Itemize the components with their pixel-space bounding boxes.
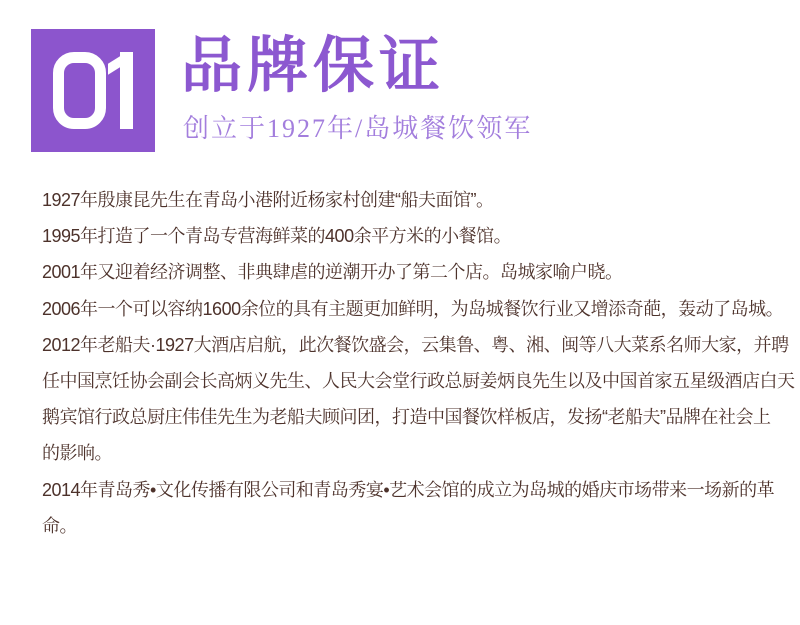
paragraph-1995: 1995年打造了一个青岛专营海鲜菜的400余平方米的小餐馆。 xyxy=(42,218,768,254)
text-line: 的影响。 xyxy=(42,435,768,471)
text-line: 1927年殷康昆先生在青岛小港附近杨家村创建“船夫面馆”。 xyxy=(42,182,768,218)
page-title: 品牌保证 xyxy=(181,30,445,100)
digit-zero-shape xyxy=(53,52,106,129)
history-text: 1927年殷康昆先生在青岛小港附近杨家村创建“船夫面馆”。 1995年打造了一个… xyxy=(42,182,768,544)
text-line: 鹅宾馆行政总厨庄伟佳先生为老船夫顾问团，打造中国餐饮样板店，发扬“老船夫”品牌在… xyxy=(42,399,768,435)
text-line: 2001年又迎着经济调整、非典肆虐的逆潮开办了第二个店。岛城家喻户晓。 xyxy=(42,254,768,290)
paragraph-2006: 2006年一个可以容纳1600余位的具有主题更加鲜明，为岛城餐饮行业又增添奇葩，… xyxy=(42,291,768,327)
paragraph-2014: 2014年青岛秀•文化传播有限公司和青岛秀宴•艺术会馆的成立为岛城的婚庆市场带来… xyxy=(42,472,768,544)
text-line: 任中国烹饪协会副会长高炳义先生、人民大会堂行政总厨姜炳良先生以及中国首家五星级酒… xyxy=(42,363,768,399)
text-line: 2012年老船夫·1927大酒店启航，此次餐饮盛会，云集鲁、粤、湘、闽等八大菜系… xyxy=(42,327,768,363)
section-number-digits xyxy=(53,52,133,129)
text-line: 1995年打造了一个青岛专营海鲜菜的400余平方米的小餐馆。 xyxy=(42,218,768,254)
text-line: 命。 xyxy=(42,508,768,544)
text-line: 2006年一个可以容纳1600余位的具有主题更加鲜明，为岛城餐饮行业又增添奇葩，… xyxy=(42,291,768,327)
page-subtitle: 创立于1927年/岛城餐饮领军 xyxy=(183,112,532,146)
digit-one-shape xyxy=(120,52,133,129)
paragraph-2012: 2012年老船夫·1927大酒店启航，此次餐饮盛会，云集鲁、粤、湘、闽等八大菜系… xyxy=(42,327,768,472)
paragraph-1927: 1927年殷康昆先生在青岛小港附近杨家村创建“船夫面馆”。 xyxy=(42,182,768,218)
brand-guarantee-slide: 01 品牌保证 创立于1927年/岛城餐饮领军 1927年殷康昆先生在青岛小港附… xyxy=(0,0,800,625)
text-line: 2014年青岛秀•文化传播有限公司和青岛秀宴•艺术会馆的成立为岛城的婚庆市场带来… xyxy=(42,472,768,508)
paragraph-2001: 2001年又迎着经济调整、非典肆虐的逆潮开办了第二个店。岛城家喻户晓。 xyxy=(42,254,768,290)
section-number-badge: 01 xyxy=(31,29,155,152)
